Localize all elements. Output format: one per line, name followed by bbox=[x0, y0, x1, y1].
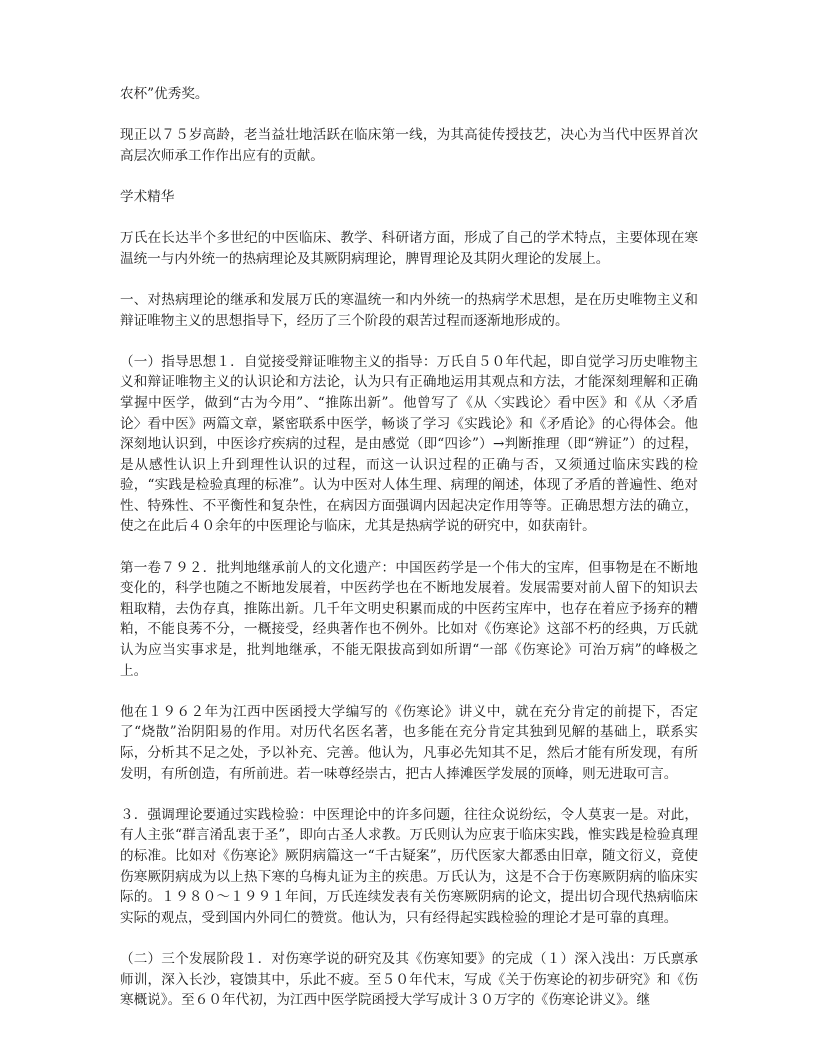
paragraph-current-status: 现正以７５岁高龄，老当益壮地活跃在临床第一线，为其高徒传授技艺，决心为当代中医界… bbox=[120, 125, 698, 166]
paragraph-1962-lecture: 他在１９６２年为江西中医函授大学编写的《伤寒论》讲义中，就在充分肯定的前提下，否… bbox=[120, 702, 698, 784]
paragraph-academic-features: 万氏在长达半个多世纪的中医临床、教学、科研诸方面，形成了自己的学术特点，主要体现… bbox=[120, 228, 698, 269]
paragraph-award-ending: 农杯”优秀奖。 bbox=[120, 84, 698, 105]
paragraph-critical-inheritance: 第一卷７９２．批判地继承前人的文化遗产：中国医药学是一个伟大的宝库，但事物是在不… bbox=[120, 558, 698, 682]
paragraph-febrile-theory: 一、对热病理论的继承和发展万氏的寒温统一和内外统一的热病学术思想，是在历史唯物主… bbox=[120, 290, 698, 331]
paragraph-guiding-ideology: （一）指导思想１．自觉接受辩证唯物主义的指导：万氏自５０年代起，即自觉学习历史唯… bbox=[120, 352, 698, 537]
paragraph-practice-verification: ３．强调理论要通过实践检验：中医理论中的许多问题，往往众说纷纭，令人莫衷一是。对… bbox=[120, 805, 698, 929]
document-page: 农杯”优秀奖。 现正以７５岁高龄，老当益壮地活跃在临床第一线，为其高徒传授技艺，… bbox=[120, 84, 698, 1031]
section-heading-academic-essence: 学术精华 bbox=[120, 187, 698, 208]
paragraph-three-stages: （二）三个发展阶段１．对伤寒学说的研究及其《伤寒知要》的完成（１）深入浅出：万氏… bbox=[120, 949, 698, 1011]
